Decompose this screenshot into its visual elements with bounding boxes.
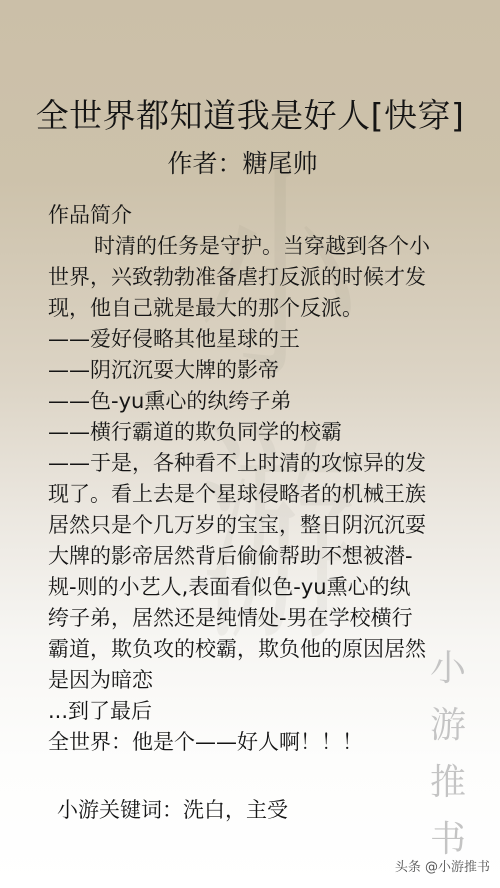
intro-line: 全世界：他是个——好人啊！！！ [48,727,468,758]
intro-line: 规-则的小艺人,表面看似色-yu熏心的纨 [48,572,468,603]
intro-line: ——于是，各种看不上时清的攻惊异的发 [48,448,468,479]
book-author: 作者：糖尾帅 [0,148,485,180]
intro-line: 时清的任务是守护。当穿越到各个小 [48,231,468,262]
intro-line: 现，他自己就是最大的那个反派。 [48,293,468,324]
watermark-char: 小 [418,640,478,697]
book-title: 全世界都知道我是好人[快穿] [0,96,500,136]
watermark-char: 游 [418,697,478,754]
intro-line: ...到了最后 [48,696,468,727]
book-intro: 作品简介 时清的任务是守护。当穿越到各个小 世界，兴致勃勃准备虐打反派的时候才发… [48,200,468,758]
intro-line: ——横行霸道的欺负同学的校霸 [48,417,468,448]
watermark-char: 推 [418,754,478,811]
intro-heading: 作品简介 [48,200,468,231]
intro-line: 大牌的影帝居然背后偷偷帮助不想被潜- [48,541,468,572]
intro-line: 世界，兴致勃勃准备虐打反派的时候才发 [48,262,468,293]
intro-line: ——爱好侵略其他星球的王 [48,324,468,355]
intro-line: 居然只是个几万岁的宝宝，整日阴沉沉耍 [48,510,468,541]
intro-line: 霸道，欺负攻的校霸，欺负他的原因居然 [48,634,468,665]
keywords: 小游关键词：洗白，主受 [57,795,288,825]
intro-line: ——色-yu熏心的纨绔子弟 [48,386,468,417]
source-credit: 头条 @小游推书 [395,859,490,877]
intro-line: 是因为暗恋 [48,665,468,696]
intro-line: 现了。看上去是个星球侵略者的机械王族 [48,479,468,510]
side-watermark: 小 游 推 书 [418,640,478,868]
intro-line: 绔子弟，居然还是纯情处-男在学校横行 [48,603,468,634]
intro-line: ——阴沉沉耍大牌的影帝 [48,355,468,386]
